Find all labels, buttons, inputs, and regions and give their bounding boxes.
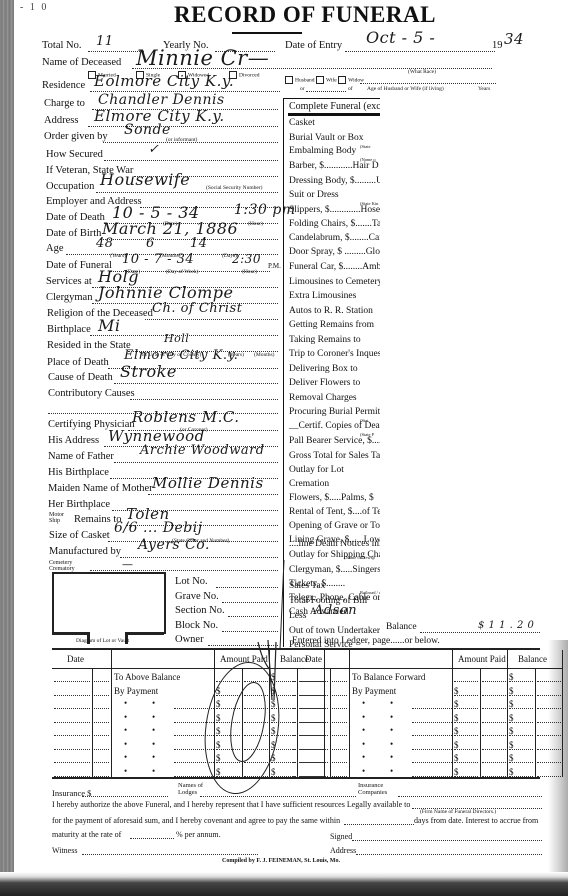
ledger-cell[interactable]: [332, 735, 347, 736]
ledger-cell[interactable]: [482, 776, 506, 777]
ledger-column-rule: [349, 650, 350, 777]
ditto-mark: •: [124, 698, 127, 708]
per-annum-text: % per annum.: [176, 830, 221, 839]
charge-item[interactable]: __Certif. Copies of Death Cer: [289, 421, 380, 431]
clergyman-label: Clergyman: [46, 292, 92, 303]
document-title: RECORD OF FUNERAL: [174, 2, 436, 28]
total-no-value[interactable]: 11: [96, 34, 114, 49]
casket-size-value[interactable]: 6/6 ... Debij: [114, 520, 203, 536]
charge-item[interactable]: Deliver Flowers to: [289, 378, 360, 388]
ledger-cell[interactable]: [54, 735, 90, 736]
currency-sign: $: [454, 740, 459, 750]
resided-label: Resided in the State: [47, 340, 131, 351]
ledger-cell[interactable]: [482, 735, 506, 736]
charge-item[interactable]: Extra Limousines: [289, 291, 356, 301]
charge-item[interactable]: Casket: [289, 118, 315, 128]
casket-size-label: Size of Casket: [49, 530, 110, 541]
ditto-mark: •: [362, 725, 365, 735]
age-years-value[interactable]: 48: [96, 236, 114, 251]
currency-sign: $: [509, 726, 514, 736]
ssn-hint: (Social Security Number): [206, 185, 263, 191]
ledger-header: Balance: [518, 654, 547, 664]
ledger-column-rule: [111, 650, 112, 777]
date-of-entry-line: [345, 51, 495, 52]
spouse-or: or: [300, 86, 305, 92]
ledger-cell[interactable]: [292, 762, 328, 763]
charge-to-value[interactable]: Chandler Dennis: [98, 92, 225, 108]
ditto-mark: •: [152, 712, 155, 722]
religion-line: [145, 319, 278, 320]
father-name-label: Name of Father: [48, 451, 114, 462]
balance-value[interactable]: $ 1 1 . 2 0: [478, 620, 534, 631]
ledger-payment-label: By Payment: [352, 686, 396, 696]
ledger-cell[interactable]: [94, 695, 109, 696]
charge-item[interactable]: Opening of Grave or Tomb.: [289, 521, 380, 531]
ledger-cell[interactable]: [174, 776, 214, 777]
deceased-name-label: Name of Deceased: [42, 57, 121, 68]
lodges-label: Lodges: [178, 789, 197, 796]
ledger-subcolumn-rule: [480, 668, 481, 777]
her-birthplace-label: Her Birthplace: [48, 499, 110, 510]
charge-item[interactable]: Outlay for Lot: [289, 465, 344, 475]
father-name-value[interactable]: Archie Woodward: [140, 443, 265, 458]
compiled-by: Compiled by F. J. FEINEMAN, St. Louis, M…: [222, 858, 340, 864]
charge-item[interactable]: Slippers, $.............Hose: [289, 205, 380, 215]
panel-header: Complete Funeral (except outl: [289, 101, 380, 112]
date-of-birth-value[interactable]: March 21, 1886: [102, 219, 238, 238]
ledger-cell[interactable]: [174, 722, 214, 723]
currency-sign: $: [509, 672, 514, 682]
religion-value[interactable]: Ch. of Christ: [152, 301, 242, 316]
interest-text: days from date. Interest to accrue from: [414, 816, 538, 825]
ditto-mark: •: [362, 698, 365, 708]
ledger-cell[interactable]: [332, 695, 347, 696]
date-of-death-label: Date of Death: [46, 212, 105, 223]
marital-divorced-label: Divorced: [239, 72, 259, 78]
ledger-cell[interactable]: [94, 735, 109, 736]
ledger-cell[interactable]: [54, 776, 90, 777]
ledger-column-rule: [214, 650, 215, 777]
authorization-text: I hereby authorize the above Funeral, an…: [52, 800, 410, 809]
charge-item[interactable]: Cremation: [289, 479, 329, 489]
currency-sign: $: [216, 767, 221, 777]
currency-sign: $: [509, 686, 514, 696]
ledger-cell[interactable]: [292, 776, 328, 777]
year-value[interactable]: 34: [504, 30, 524, 48]
companies-label-top: Insurance: [358, 782, 383, 789]
ledger-cell[interactable]: [292, 735, 328, 736]
ditto-mark: •: [152, 698, 155, 708]
owner-line[interactable]: [208, 645, 278, 646]
death-hour-hint: (Hour): [248, 221, 263, 227]
ledger-cell[interactable]: [332, 722, 347, 723]
date-of-entry-value[interactable]: Oct - 5 -: [366, 28, 435, 47]
ditto-mark: •: [124, 752, 127, 762]
ledger-header: Amount Paid: [220, 654, 268, 664]
ledger-cell[interactable]: [244, 749, 268, 750]
charge-item[interactable]: Clergyman, $.....Singers, $.: [289, 565, 380, 575]
currency-sign: $: [271, 699, 276, 709]
charge-item[interactable]: Folding Chairs, $.......Tarp: [289, 219, 380, 229]
age-days-value[interactable]: 14: [190, 236, 208, 251]
charge-item[interactable]: Flowers, $.....Palms, $: [289, 493, 374, 503]
ditto-mark: •: [152, 766, 155, 776]
clergyman-value[interactable]: Johnnie Clompe: [98, 283, 234, 302]
ditto-mark: •: [362, 712, 365, 722]
place-of-death-value[interactable]: Elmore City K.y.: [124, 348, 238, 363]
ledger-header: Date: [305, 654, 322, 664]
ledger-cell[interactable]: [54, 762, 90, 763]
ledger-first-row-label: To Above Balance: [114, 672, 180, 682]
ledger-top-rule: [52, 648, 540, 650]
rate-line[interactable]: [130, 838, 174, 839]
currency-sign: $: [454, 767, 459, 777]
contributory-line[interactable]: [130, 399, 278, 400]
panel-header-rule: [288, 113, 380, 116]
ledger-cell[interactable]: [537, 722, 561, 723]
lodges-line[interactable]: [200, 796, 356, 797]
address-line: [88, 126, 278, 127]
spouse-name-line[interactable]: [360, 83, 496, 84]
manufactured-by-value[interactable]: Ayers Co.: [138, 537, 210, 553]
spouse-age-hint: Age of Husband or Wife (if living): [367, 86, 444, 92]
ledger-cell[interactable]: [216, 681, 240, 682]
occupation-value[interactable]: Housewife: [100, 170, 190, 189]
resided-hint-months: (Months): [254, 352, 274, 358]
informant-hint: (or informant): [166, 137, 197, 143]
ditto-mark: •: [152, 739, 155, 749]
lot-diagram-edge: [125, 632, 164, 635]
death-notices-label: ....line Death Notices in..: [289, 539, 380, 549]
cause-of-death-label: Cause of Death: [48, 372, 113, 383]
charge-item[interactable]: Candelabrum, $........Can: [289, 233, 380, 243]
currency-sign: $: [216, 686, 221, 696]
ledger-cell[interactable]: [54, 681, 90, 682]
what-race-hint: (What Race): [408, 69, 436, 75]
ditto-mark: •: [390, 752, 393, 762]
physician-value[interactable]: Roblens M.C.: [132, 408, 240, 426]
ledger-first-row-label: To Balance Forward: [352, 672, 425, 682]
cause-of-death-line: [114, 383, 278, 384]
ledger-cell[interactable]: [482, 762, 506, 763]
how-secured-value[interactable]: ✓: [148, 142, 159, 157]
charge-item[interactable]: Embalming Body: [289, 146, 356, 156]
birthplace-value[interactable]: Mi: [98, 316, 121, 335]
less-label: Less: [289, 611, 306, 621]
insurance-line[interactable]: [82, 796, 168, 797]
checkbox[interactable]: [338, 76, 346, 84]
ledger-cell[interactable]: [54, 695, 90, 696]
deceased-name-value[interactable]: Minnie Cr—: [136, 46, 269, 70]
owner-label: Owner: [175, 634, 204, 645]
ledger-cell[interactable]: [482, 722, 506, 723]
ledger-cell[interactable]: [94, 749, 109, 750]
order-given-label: Order given by: [44, 131, 108, 142]
ledger-cell[interactable]: [412, 762, 452, 763]
footer-address-line[interactable]: [356, 854, 542, 855]
ledger-cell[interactable]: [332, 708, 347, 709]
occupation-label: Occupation: [46, 181, 94, 192]
ledger-header-rule: [290, 668, 562, 669]
charge-item[interactable]: Funeral Car, $........Amb: [289, 262, 380, 272]
currency-sign: $: [216, 713, 221, 723]
order-given-value[interactable]: Sonde: [124, 122, 171, 138]
spouse-wife-label: Wife: [326, 77, 337, 83]
ledger-cell[interactable]: [244, 776, 268, 777]
section-no-label: Section No.: [175, 605, 225, 616]
ledger-cell[interactable]: [332, 681, 347, 682]
currency-sign: $: [271, 753, 276, 763]
charge-item[interactable]: Gross Total for Sales Tax: [289, 451, 380, 461]
birthplace-label: Birthplace: [47, 324, 91, 335]
residence-value[interactable]: Eolmore City K.y.: [94, 72, 234, 90]
ledger-cell[interactable]: [54, 708, 90, 709]
ledger-cell[interactable]: [412, 776, 452, 777]
currency-sign: $: [509, 740, 514, 750]
ledger-cell[interactable]: [332, 762, 347, 763]
ledger-cell[interactable]: [174, 708, 214, 709]
checkbox[interactable]: [285, 76, 293, 84]
ledger-cell[interactable]: [174, 762, 214, 763]
companies-line[interactable]: [398, 796, 542, 797]
ledger-cell[interactable]: [94, 722, 109, 723]
currency-sign: $: [216, 753, 221, 763]
cemetery-value[interactable]: —: [122, 558, 134, 571]
ditto-mark: •: [390, 739, 393, 749]
address-label: Address: [44, 115, 78, 126]
firm-name-hint: (Firm Name of Funeral Directors.): [420, 809, 496, 815]
grave-no-label: Grave No.: [175, 591, 219, 602]
newspaper-hint: (Name of Newsp: [344, 555, 375, 560]
charge-item[interactable]: Barber, $............Hair D: [289, 161, 379, 171]
spouse-of: of: [348, 86, 353, 92]
currency-sign: $: [271, 726, 276, 736]
manufactured-by-line: [120, 557, 278, 558]
ditto-mark: •: [152, 725, 155, 735]
contributory-label: Contributory Causes: [48, 388, 135, 399]
cemetery-crematory: Cemetery Crematory: [49, 560, 75, 572]
balance-line: [420, 632, 540, 633]
date-of-birth-label: Date of Birth: [46, 228, 101, 239]
signed-label: Signed: [330, 832, 352, 841]
currency-sign: $: [509, 767, 514, 777]
currency-sign: $: [509, 699, 514, 709]
ledger-cell[interactable]: [332, 749, 347, 750]
ledger-cell[interactable]: [537, 708, 561, 709]
charge-item-hint: (State: [360, 144, 371, 149]
lodges-label-top: Names of: [178, 782, 203, 789]
ledger-payment-label: By Payment: [114, 686, 158, 696]
cause-of-death-value[interactable]: Stroke: [120, 362, 177, 381]
currency-sign: $: [216, 699, 221, 709]
ledger-cell[interactable]: [244, 681, 268, 682]
spouse-or-line[interactable]: [306, 91, 346, 92]
ledger-cell[interactable]: [412, 708, 452, 709]
charge-item[interactable]: Burial Vault or Box: [289, 133, 364, 143]
title-rule: [232, 32, 302, 34]
currency-sign: $: [454, 753, 459, 763]
spouse-husband-label: Husband: [295, 77, 315, 83]
ledger-cell[interactable]: [482, 695, 506, 696]
charge-to-label: Charge to: [44, 98, 85, 109]
ledger-cell[interactable]: [94, 776, 109, 777]
ledger-subcolumn-rule: [535, 668, 536, 777]
scan-edge-right: [548, 640, 568, 880]
maturity-text: maturity at the rate of: [52, 830, 121, 839]
footer-address-label: Address: [330, 846, 356, 855]
ledger-cell[interactable]: [94, 762, 109, 763]
ship-label: Ship: [49, 518, 64, 524]
ledger-cell[interactable]: [537, 762, 561, 763]
mother-name-value[interactable]: Mollie Dennis: [152, 474, 264, 492]
checkbox[interactable]: [316, 76, 324, 84]
how-secured-line: [104, 160, 278, 161]
signed-line[interactable]: [352, 840, 542, 841]
page-number: - 1 0: [20, 2, 48, 13]
days-line[interactable]: [344, 824, 414, 825]
ledger-cell[interactable]: [537, 735, 561, 736]
charge-item[interactable]: Dressing Body, $.........U: [289, 176, 380, 186]
date-of-funeral-value[interactable]: 10 - 7 - 34: [122, 252, 194, 267]
ledger-cell[interactable]: [244, 762, 268, 763]
year-prefix: 19: [492, 40, 503, 51]
remains-motor-ship: Motor Ship: [49, 512, 64, 524]
resided-value[interactable]: Holl: [164, 332, 189, 345]
manufactured-by-label: Manufactured by: [49, 546, 121, 557]
witness-label: Witness: [52, 846, 77, 855]
scan-edge-bottom: [0, 872, 568, 896]
ledger-subcolumn-rule: [92, 668, 93, 777]
block-no-line[interactable]: [222, 631, 278, 632]
ledger-cell[interactable]: [454, 681, 478, 682]
ledger-cell[interactable]: [292, 708, 328, 709]
charge-item[interactable]: Procuring Burial Permit....: [289, 407, 380, 417]
charge-item[interactable]: Rental of Tent, $....of Tem: [289, 507, 380, 517]
ledger-entry-label: Entered into Ledger, page......or below.: [292, 636, 440, 646]
ledger-cell[interactable]: [537, 776, 561, 777]
mother-name-label: Maiden Name of Mother: [48, 483, 153, 494]
currency-sign: $: [454, 699, 459, 709]
ledger-cell[interactable]: [537, 695, 561, 696]
ledger-cell[interactable]: [94, 681, 109, 682]
how-secured-label: How Secured: [46, 149, 103, 160]
ditto-mark: •: [390, 725, 393, 735]
ledger-cell[interactable]: [54, 722, 90, 723]
ledger-cell[interactable]: [174, 735, 214, 736]
charge-item[interactable]: Getting Remains from: [289, 320, 374, 330]
ledger-cell[interactable]: [54, 749, 90, 750]
ledger-cell[interactable]: [244, 735, 268, 736]
ledger-cell[interactable]: [482, 708, 506, 709]
ditto-mark: •: [362, 752, 365, 762]
charge-item[interactable]: Removal Charges: [289, 393, 357, 403]
cemetery-line: [90, 570, 278, 571]
ditto-mark: •: [390, 698, 393, 708]
lot-diagram-caption: Diagram of Lot or Vault: [76, 638, 129, 644]
funeral-hour-hint: (Hour): [242, 269, 257, 275]
ledger-header: Amount Paid: [458, 654, 506, 664]
section-no-line[interactable]: [228, 616, 278, 617]
charge-item[interactable]: Autos to R. R. Station: [289, 306, 373, 316]
lot-diagram-box: [52, 572, 166, 634]
ledger-subcolumn-rule: [242, 668, 243, 777]
charge-item[interactable]: Limousines to Cemetery: [289, 277, 380, 287]
ditto-mark: •: [152, 752, 155, 762]
ledger-cell[interactable]: [174, 749, 214, 750]
ledger-cell[interactable]: [244, 722, 268, 723]
ledger-cell[interactable]: [537, 749, 561, 750]
currency-sign: $: [271, 686, 276, 696]
age-months-value[interactable]: 6: [146, 236, 155, 251]
currency-sign: $: [271, 672, 276, 682]
occupation-line: [96, 192, 278, 193]
currency-sign: $: [454, 713, 459, 723]
funeral-hour-value[interactable]: 2:30: [232, 252, 261, 266]
ledger-cell[interactable]: [292, 681, 328, 682]
ledger-subcolumn-rule: [330, 668, 331, 777]
his-birthplace-label: His Birthplace: [48, 467, 109, 478]
ledger-cell[interactable]: [292, 722, 328, 723]
charge-item[interactable]: Delivering Box to: [289, 364, 358, 374]
funeral-pm: P.M.: [268, 262, 281, 270]
balance-label: Balance: [386, 622, 417, 632]
ledger-cell[interactable]: [537, 681, 561, 682]
ditto-mark: •: [124, 739, 127, 749]
ledger-subcolumn-rule: [297, 668, 298, 777]
ledger-cell[interactable]: [332, 776, 347, 777]
lot-no-line[interactable]: [216, 587, 278, 588]
ledger-cell[interactable]: [412, 722, 452, 723]
companies-label: Companies: [358, 789, 387, 796]
charge-item[interactable]: Out of town Undertaker's C: [289, 626, 380, 636]
currency-sign: $: [454, 686, 459, 696]
residence-label: Residence: [42, 80, 85, 91]
charges-panel: Complete Funeral (except outl CasketBuri…: [283, 98, 380, 647]
block-no-label: Block No.: [175, 620, 218, 631]
ledger-cell[interactable]: [244, 708, 268, 709]
less-value[interactable]: Adson: [314, 603, 357, 618]
charge-item[interactable]: Pall Bearer Service, $.... Us: [289, 436, 380, 446]
ledger-header: Date: [67, 654, 84, 664]
charge-item[interactable]: Suit or Dress: [289, 190, 339, 200]
witness-line[interactable]: [82, 854, 258, 855]
ditto-mark: •: [124, 712, 127, 722]
charge-item[interactable]: Taking Remains to: [289, 335, 361, 345]
ledger-cell[interactable]: [292, 749, 328, 750]
ledger-cell[interactable]: [412, 749, 452, 750]
ledger-cell[interactable]: [412, 735, 452, 736]
spouse-status[interactable]: Husband Wife Widow: [285, 76, 364, 84]
charge-item[interactable]: Door Spray, $ .........Glov: [289, 247, 380, 257]
ditto-mark: •: [124, 725, 127, 735]
ledger-column-rule: [269, 650, 270, 777]
ledger-cell[interactable]: [482, 681, 506, 682]
services-at-label: Services at: [46, 276, 92, 287]
ledger-cell[interactable]: [482, 749, 506, 750]
total-no-label: Total No.: [42, 40, 82, 51]
ledger-cell[interactable]: [244, 695, 268, 696]
ledger-cell[interactable]: [94, 708, 109, 709]
lot-diagram-edge: [52, 632, 89, 635]
currency-sign: $: [454, 726, 459, 736]
payment-terms-text: for the payment of aforesaid sum, and I …: [52, 816, 340, 825]
charge-item[interactable]: Trip to Coroner's Inquest: [289, 349, 380, 359]
currency-sign: $: [216, 740, 221, 750]
ditto-mark: •: [362, 766, 365, 776]
ledger-cell[interactable]: [292, 695, 328, 696]
grave-no-line[interactable]: [222, 602, 278, 603]
place-of-death-label: Place of Death: [47, 357, 109, 368]
